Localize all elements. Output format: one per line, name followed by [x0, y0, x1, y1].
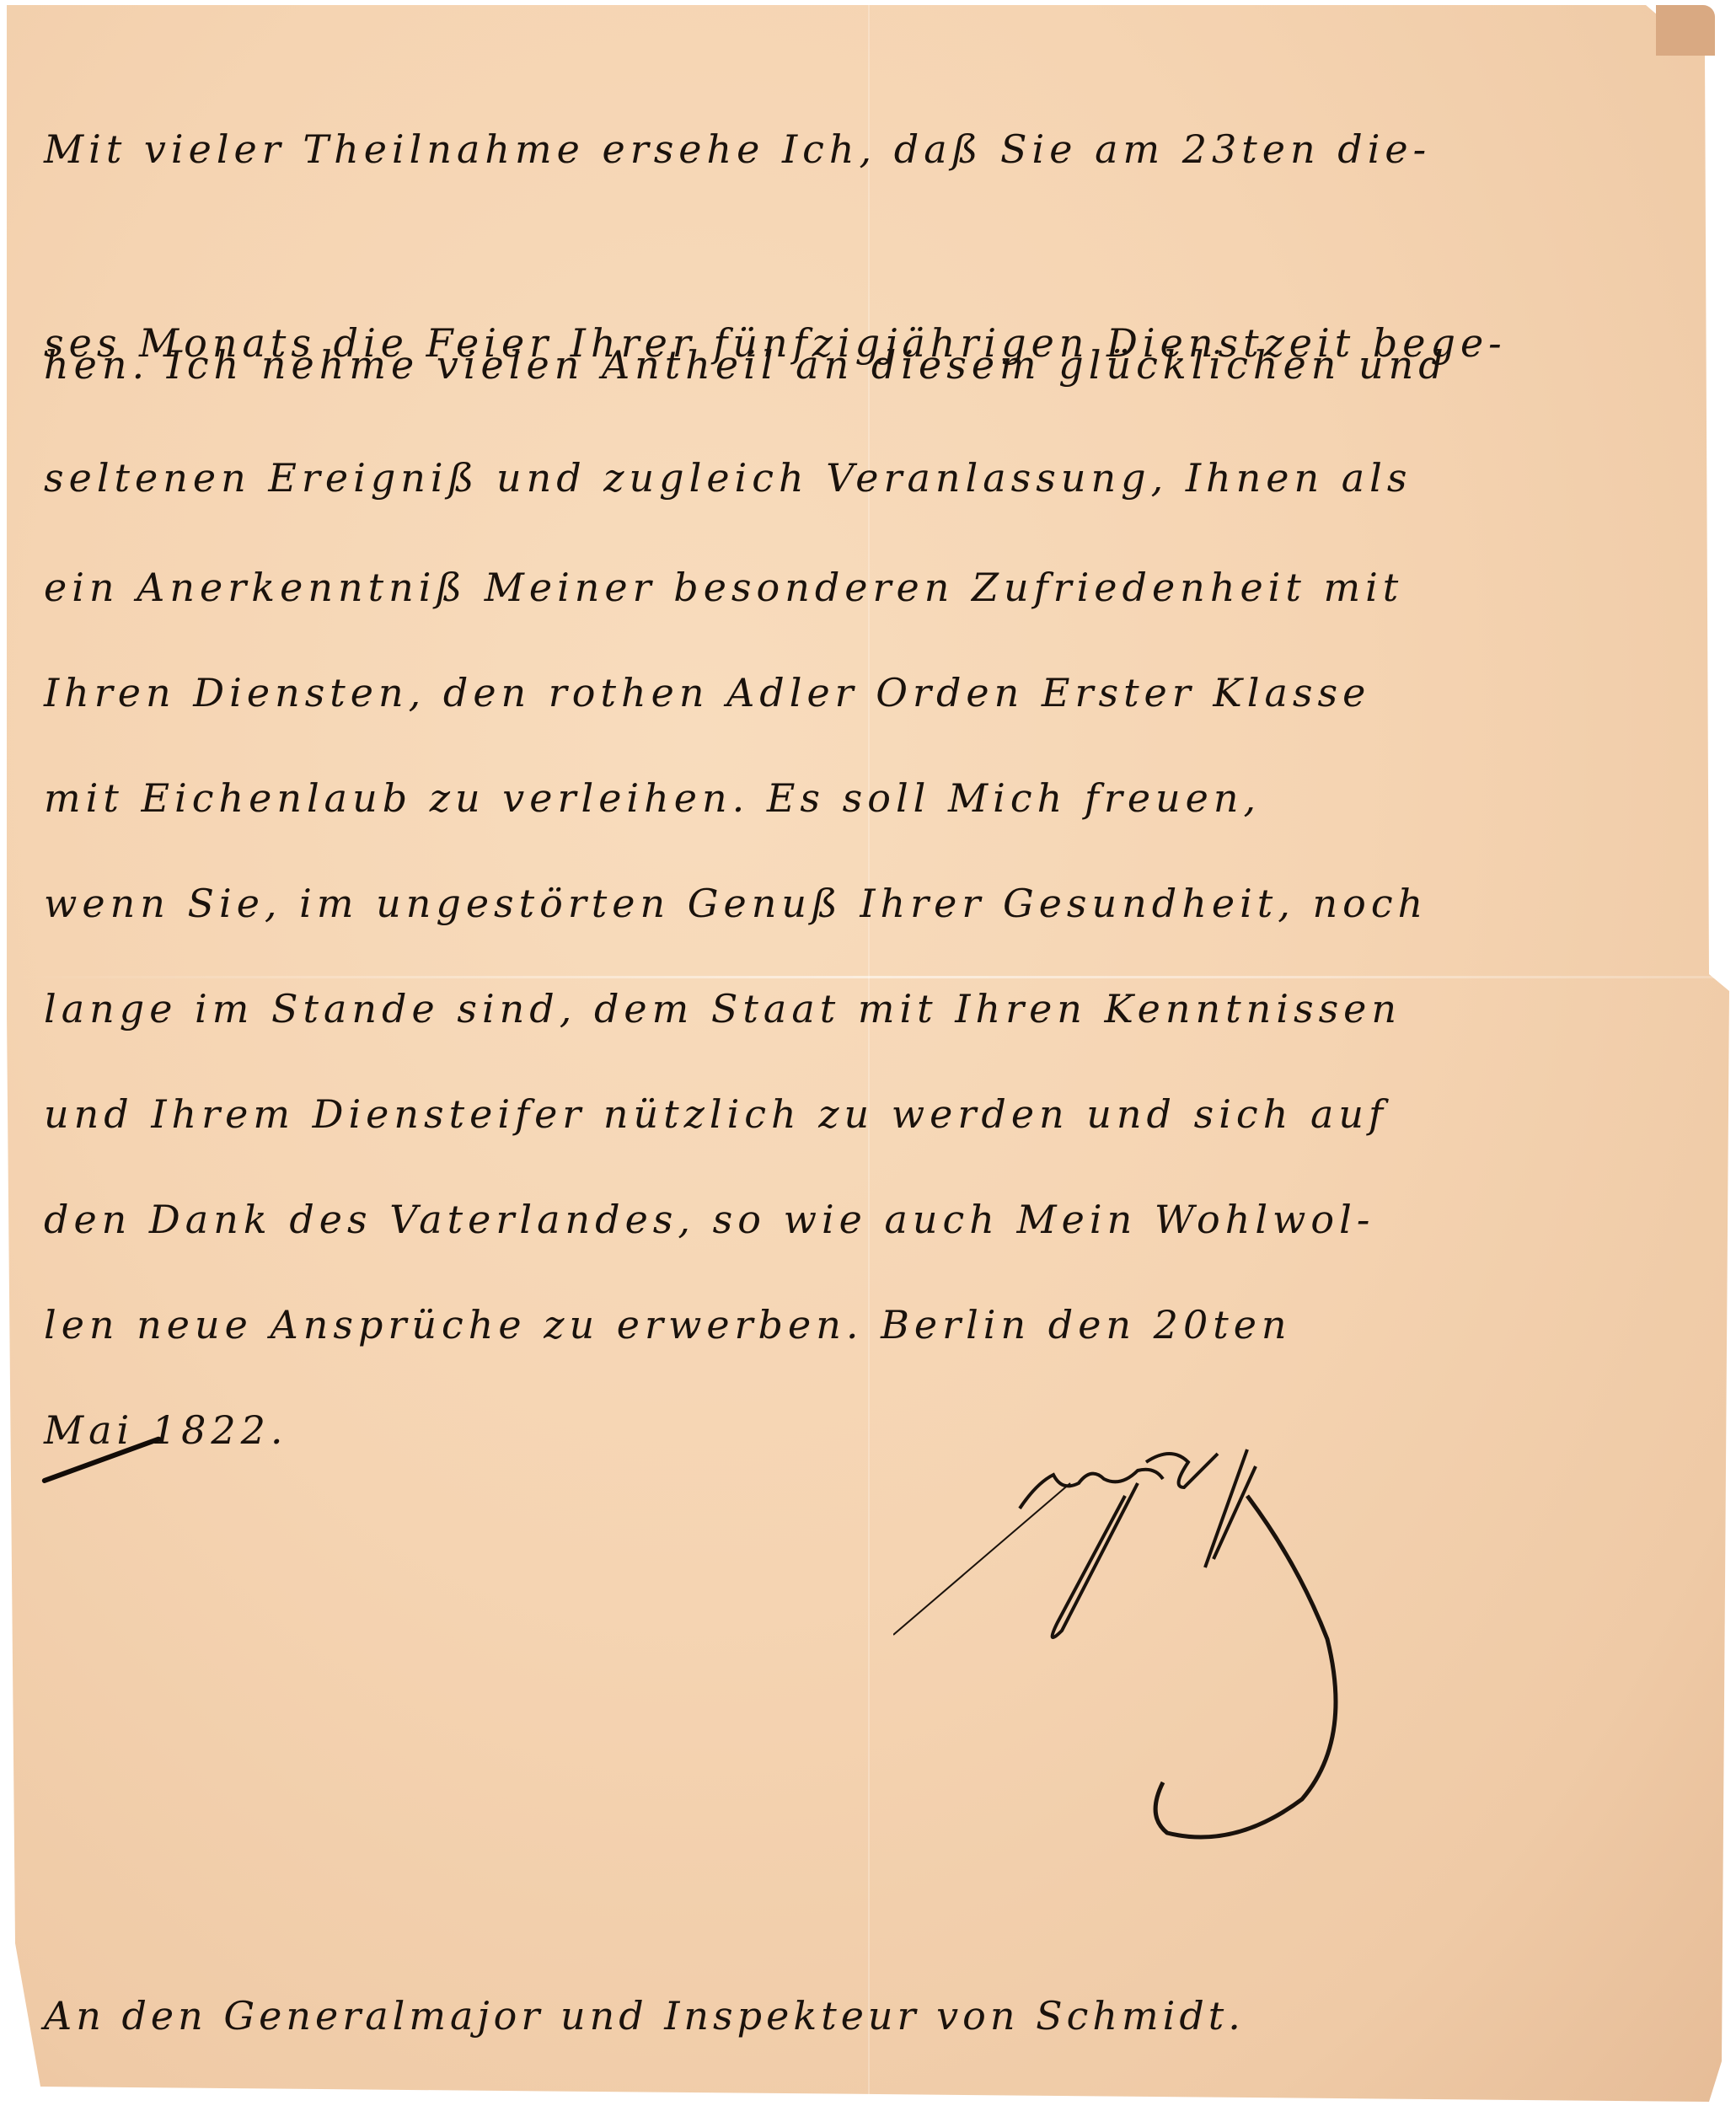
address-line: An den Generalmajor und Inspekteur von S…: [44, 1993, 1704, 2039]
signature: [893, 1433, 1483, 1905]
letter-line-4: seltenen Ereigniß und zugleich Veranlass…: [44, 455, 1704, 501]
folded-corner: [1656, 5, 1715, 56]
letter-line-3: hen. Ich nehme vielen Antheil an diesem …: [44, 342, 1704, 388]
letter-line-9: lange im Stande sind, dem Staat mit Ihre…: [44, 986, 1704, 1031]
letter-line-10: und Ihrem Diensteifer nützlich zu werden…: [44, 1091, 1704, 1137]
horizontal-fold-crease: [7, 976, 1729, 978]
letter-line-12: len neue Ansprüche zu erwerben. Berlin d…: [44, 1302, 1704, 1348]
letter-line-8: wenn Sie, im ungestörten Genuß Ihrer Ges…: [44, 881, 1704, 926]
signature-flourish-icon: [893, 1433, 1483, 1905]
letter-line-7: mit Eichenlaub zu verleihen. Es soll Mic…: [44, 775, 1704, 821]
letter-line-11: den Dank des Vaterlandes, so wie auch Me…: [44, 1197, 1704, 1242]
letter-line-6: Ihren Diensten, den rothen Adler Orden E…: [44, 670, 1704, 715]
letter-line-5: ein Anerkenntniß Meiner besonderen Zufri…: [44, 565, 1704, 610]
letter-line-1: Mit vieler Theilnahme ersehe Ich, daß Si…: [44, 126, 1704, 172]
